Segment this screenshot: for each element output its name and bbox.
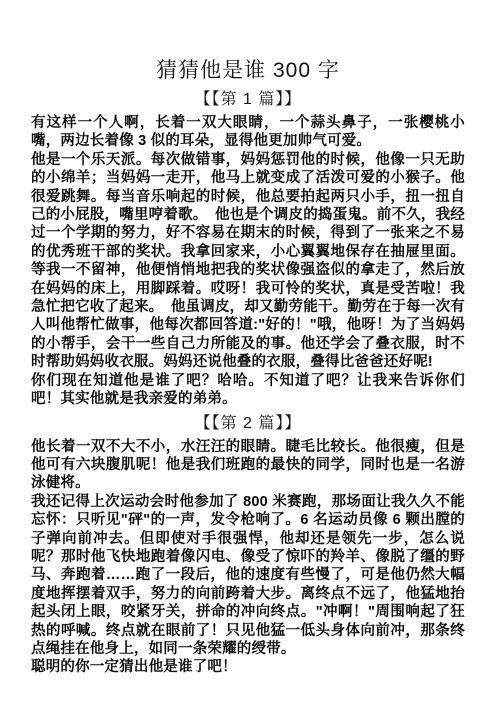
essay-section-2: 【【第 2 篇】】 他长着一双不大不小，水汪汪的眼睛。睫毛比较长。他很瘦，但是他… — [31, 412, 465, 677]
section-1-heading: 【【第 1 篇】】 — [31, 88, 465, 111]
section-2-paragraph-1: 他长着一双不大不小，水汪汪的眼睛。睫毛比较长。他很瘦，但是他可有六块腹肌呢！他是… — [31, 438, 465, 493]
document-page: 猜猜他是谁 300 字 【【第 1 篇】】 有这样一个人啊，长着一双大眼睛，一个… — [0, 0, 496, 702]
section-2-paragraph-2: 我还记得上次运动会时他参加了 800 米赛跑，那场面让我久久不能忘怀：只听见"砰… — [31, 493, 465, 659]
section-2-body: 他长着一双不大不小，水汪汪的眼睛。睫毛比较长。他很瘦，但是他可有六块腹肌呢！他是… — [31, 438, 465, 677]
section-1-paragraph-1: 有这样一个人啊，长着一双大眼睛，一个蒜头鼻子，一张樱桃小嘴，两边长着像 3 似的… — [31, 114, 465, 151]
essay-section-1: 【【第 1 篇】】 有这样一个人啊，长着一双大眼睛，一个蒜头鼻子，一张樱桃小嘴，… — [31, 88, 465, 409]
section-2-heading: 【【第 2 篇】】 — [31, 412, 465, 435]
section-1-body: 有这样一个人啊，长着一双大眼睛，一个蒜头鼻子，一张樱桃小嘴，两边长着像 3 似的… — [31, 114, 465, 409]
section-2-paragraph-3: 聪明的你一定猜出他是谁了吧！ — [31, 658, 465, 676]
document-title: 猜猜他是谁 300 字 — [31, 57, 465, 85]
section-1-paragraph-2: 他是一个乐天派。每次做错事，妈妈惩罚他的时候，他像一只无助的小绵羊；当妈妈一走开… — [31, 151, 465, 372]
section-1-paragraph-3: 你们现在知道他是谁了吧？哈哈。不知道了吧？让我来告诉你们吧！其实他就是我亲爱的弟… — [31, 372, 465, 409]
